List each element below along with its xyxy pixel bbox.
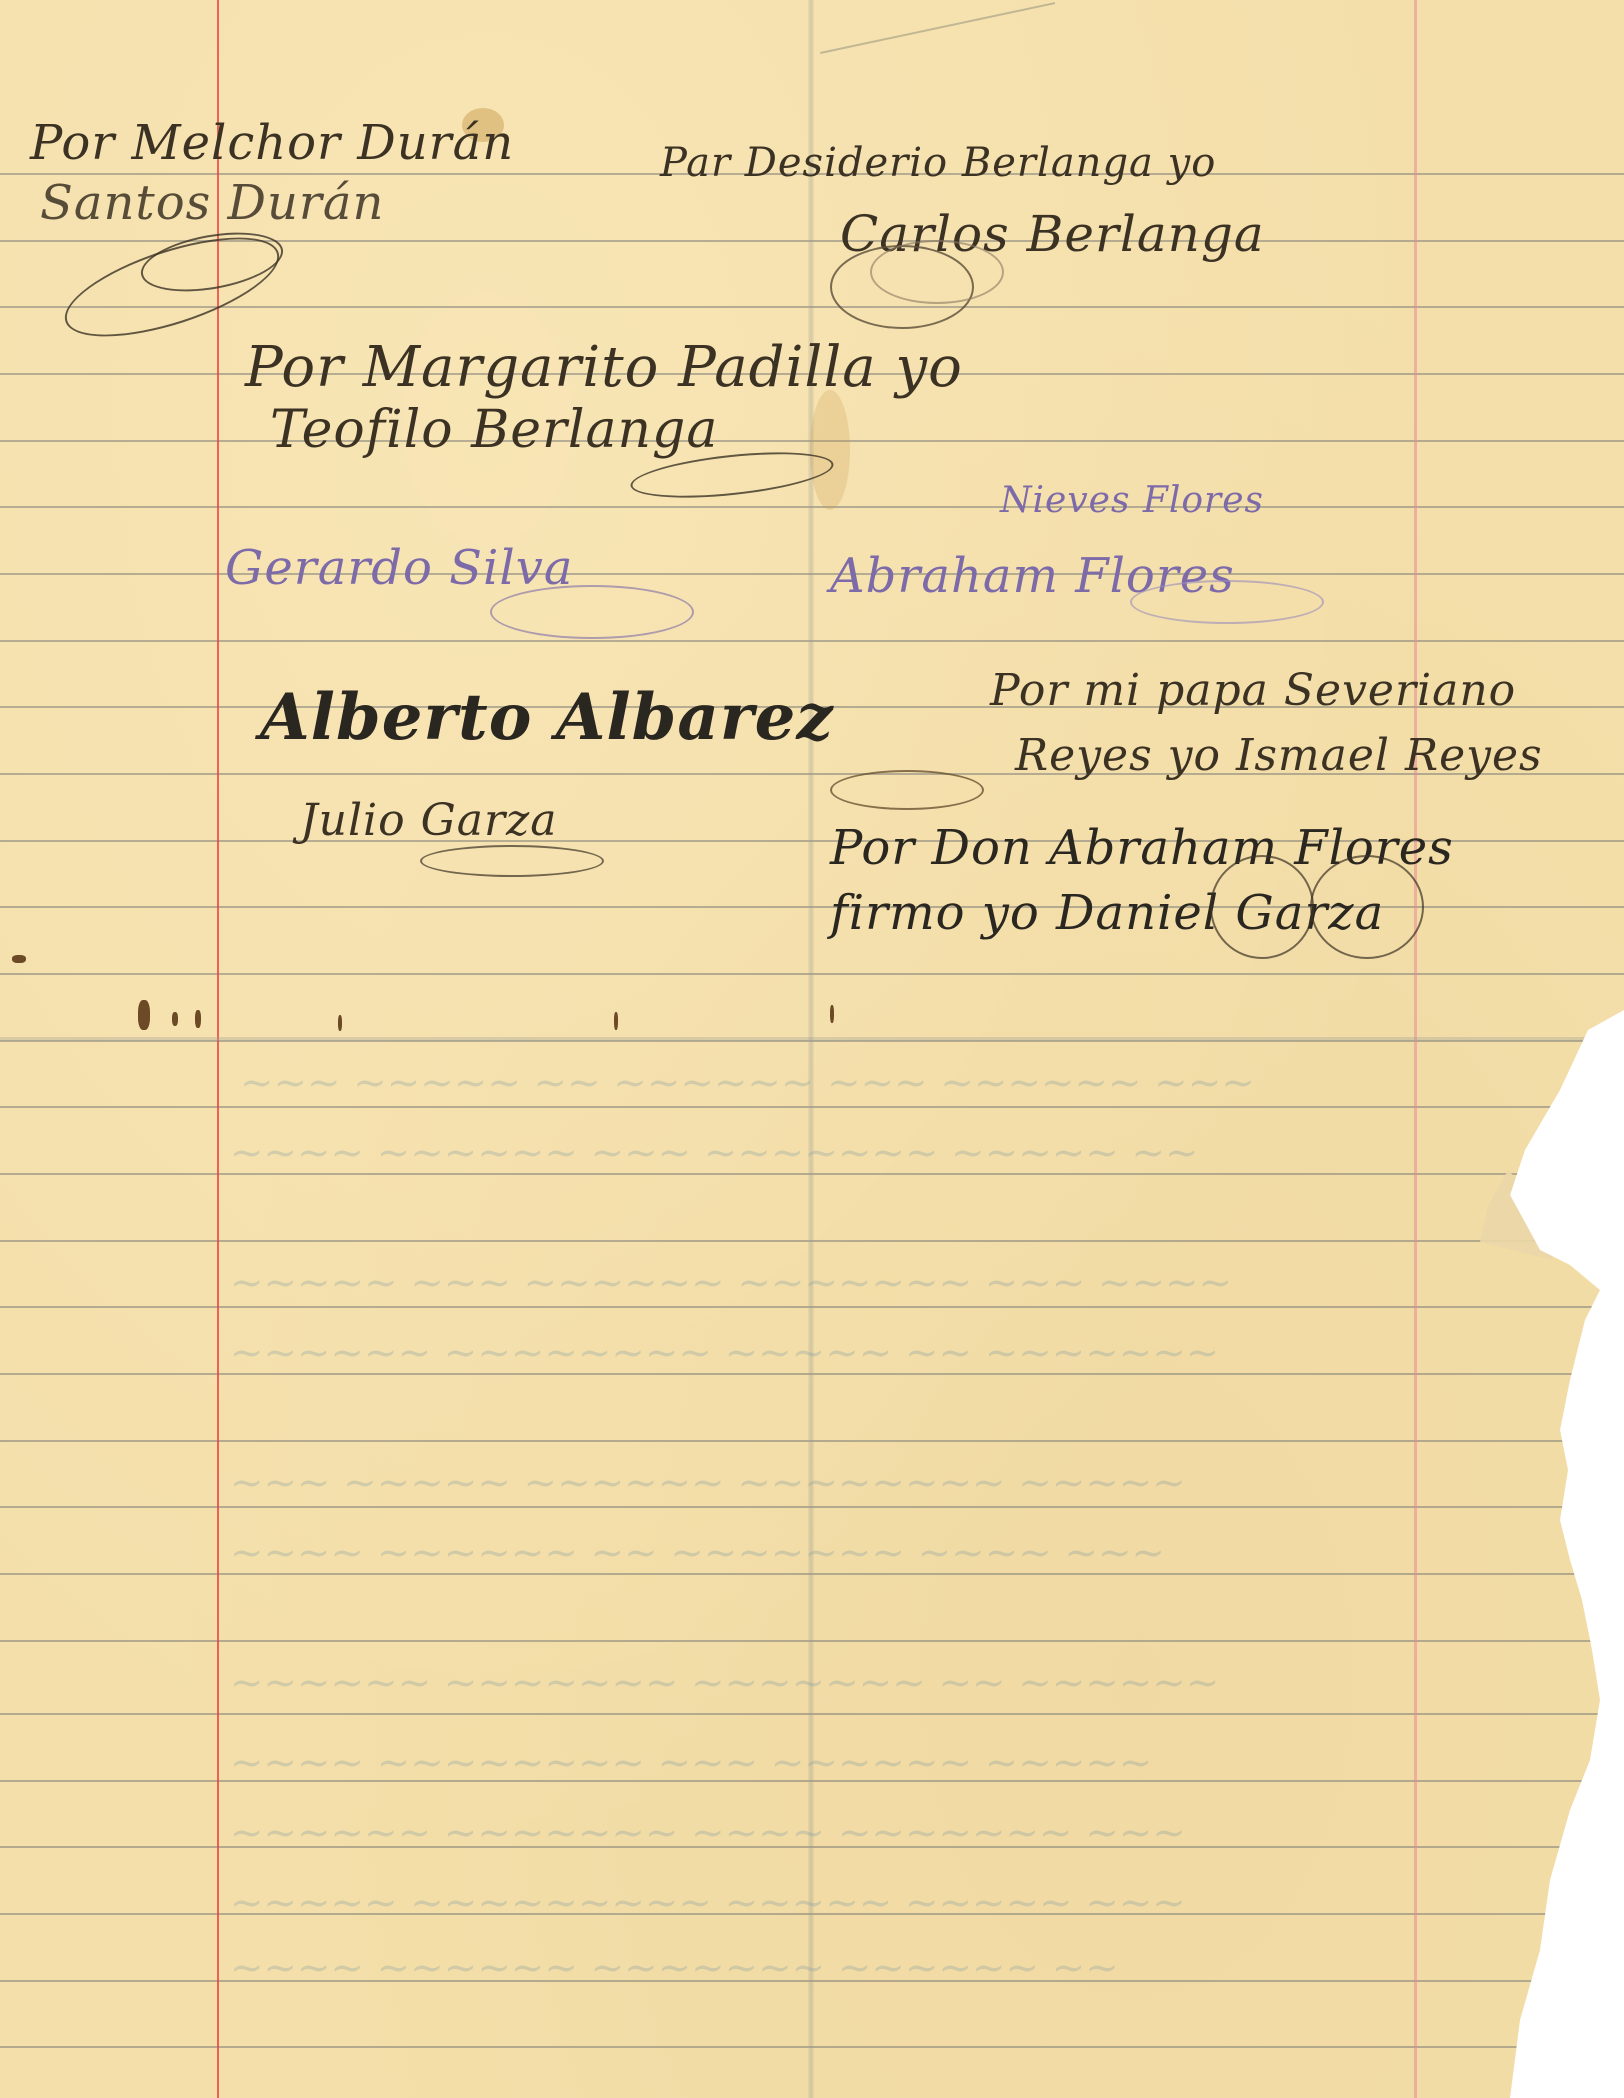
document-page: ~~~ ~~~~~ ~~ ~~~~~~ ~~~ ~~~~~~ ~~~ ~~~~ … [0, 0, 1624, 2098]
rubric-flourish [1130, 580, 1324, 624]
ink-speck [138, 1000, 150, 1030]
signature-line: Nieves Flores [1000, 480, 1264, 521]
left-margin-line [217, 0, 219, 2098]
bleed-through-text: ~~~ ~~~~~ ~~~~~~ ~~~~~~~~ ~~~~~ [230, 1460, 1186, 1506]
signature-line: Por mi papa Severiano [990, 665, 1516, 716]
signature-line: Por Melchor Durán [30, 115, 514, 171]
signature-line: Reyes yo Ismael Reyes [1015, 730, 1543, 781]
rubric-flourish [420, 845, 604, 877]
signature-line: Par Desiderio Berlanga yo [660, 140, 1216, 186]
water-stain [810, 390, 850, 510]
ink-speck [12, 955, 26, 963]
rubric-flourish [830, 770, 984, 810]
horizontal-fold-crease [0, 1037, 1624, 1041]
rubric-flourish [1310, 855, 1424, 959]
bleed-through-text: ~~~~ ~~~~~~ ~~~ ~~~~~~~ ~~~~~ ~~ [230, 1130, 1199, 1176]
rubric-flourish [870, 240, 1004, 304]
signature-line: Teofilo Berlanga [270, 400, 718, 460]
rubric-flourish [1210, 855, 1314, 959]
bleed-through-text: ~~~ ~~~~~ ~~ ~~~~~~ ~~~ ~~~~~~ ~~~ [240, 1060, 1255, 1106]
signature-line: Por Margarito Padilla yo [245, 335, 963, 400]
signature-line: Gerardo Silva [225, 540, 573, 596]
bleed-through-text: ~~~~~ ~~~ ~~~~~~ ~~~~~~~ ~~~ ~~~~ [230, 1260, 1232, 1306]
signature-line: Alberto Albarez [260, 680, 834, 755]
ink-speck [338, 1015, 342, 1031]
ink-speck [830, 1005, 834, 1023]
signature-line: Julio Garza [300, 795, 557, 846]
bleed-through-text: ~~~~~~ ~~~~~~~~ ~~~~~ ~~ ~~~~~~~ [230, 1330, 1219, 1376]
bleed-through-text: ~~~~ ~~~~~~ ~~ ~~~~~~~ ~~~~ ~~~ [230, 1530, 1165, 1576]
bleed-through-text: ~~~~~~ ~~~~~~~ ~~~~~~~ ~~ ~~~~~~ [230, 1660, 1219, 1706]
ink-speck [172, 1012, 178, 1026]
bleed-through-text: ~~~~ ~~~~~~ ~~~~~~~ ~~~~~~ ~~ [230, 1945, 1119, 1991]
ink-speck [195, 1010, 201, 1028]
bleed-through-text: ~~~~~ ~~~~~~~~~ ~~~~~ ~~~~~ ~~~ [230, 1880, 1186, 1926]
bleed-through-text: ~~~~ ~~~~~~~~ ~~~ ~~~~~~ ~~~~~ [230, 1740, 1152, 1786]
signature-line: Santos Durán [40, 175, 384, 231]
rubric-flourish [490, 585, 694, 639]
bleed-through-text: ~~~~~~ ~~~~~~~ ~~~~ ~~~~~~~ ~~~ [230, 1810, 1186, 1856]
right-margin-line [1414, 0, 1417, 2098]
ink-speck [614, 1012, 618, 1030]
